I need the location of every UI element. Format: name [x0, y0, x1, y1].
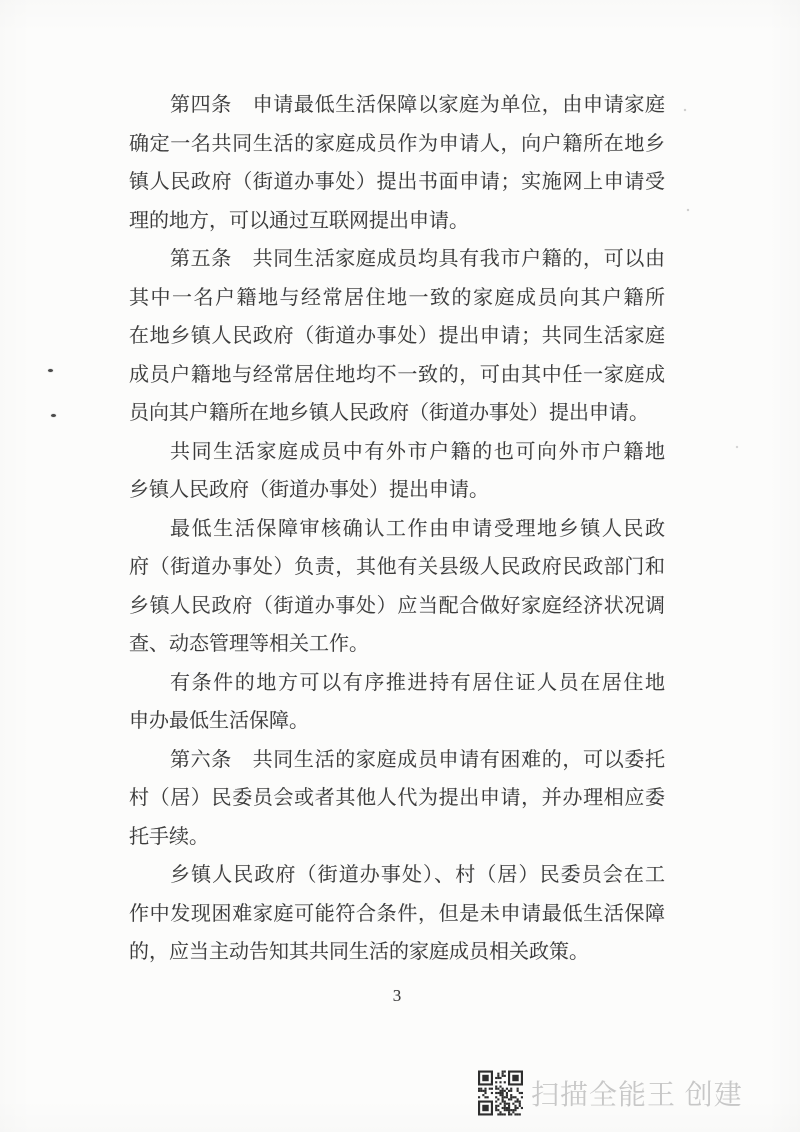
text-line: 镇人民政府（街道办事处）提出书面申请；实施网上申请受	[129, 163, 665, 202]
text-line: 理的地方，可以通过互联网提出申请。	[129, 202, 665, 241]
text-line: 府（街道办事处）负责，其他有关县级人民政府民政部门和	[129, 548, 665, 587]
paragraph: 有条件的地方可以有序推进持有居住证人员在居住地申办最低生活保障。	[129, 664, 665, 741]
text-line: 第四条 申请最低生活保障以家庭为单位，由申请家庭	[129, 86, 665, 125]
paragraph: 第六条 共同生活的家庭成员申请有困难的，可以委托村（居）民委员会或者其他人代为提…	[129, 741, 665, 857]
text-line: 有条件的地方可以有序推进持有居住证人员在居住地	[129, 664, 665, 703]
text-line: 确定一名共同生活的家庭成员作为申请人，向户籍所在地乡	[129, 125, 665, 164]
text-line: 员向其户籍所在地乡镇人民政府（街道办事处）提出申请。	[129, 394, 665, 433]
text-line: 最低生活保障审核确认工作由申请受理地乡镇人民政	[129, 510, 665, 549]
watermark-text: 扫描全能王 创建	[531, 1073, 743, 1113]
text-line: 村（居）民委员会或者其他人代为提出申请，并办理相应委	[129, 779, 665, 818]
scan-speck	[687, 209, 689, 211]
text-line: 申办最低生活保障。	[129, 702, 665, 741]
paragraph: 共同生活家庭成员中有外市户籍的也可向外市户籍地乡镇人民政府（街道办事处）提出申请…	[129, 433, 665, 510]
paragraph: 乡镇人民政府（街道办事处）、村（居）民委员会在工作中发现困难家庭可能符合条件，但…	[129, 856, 665, 972]
document-body: 第四条 申请最低生活保障以家庭为单位，由申请家庭确定一名共同生活的家庭成员作为申…	[129, 86, 665, 972]
paragraph: 第四条 申请最低生活保障以家庭为单位，由申请家庭确定一名共同生活的家庭成员作为申…	[129, 86, 665, 240]
scan-speck	[48, 369, 53, 372]
scanned-document-page: 第四条 申请最低生活保障以家庭为单位，由申请家庭确定一名共同生活的家庭成员作为申…	[0, 0, 800, 1132]
page-number: 3	[129, 986, 665, 1006]
qr-code-icon	[478, 1069, 523, 1117]
text-line: 作中发现困难家庭可能符合条件，但是未申请最低生活保障	[129, 895, 665, 934]
text-line: 的，应当主动告知其共同生活的家庭成员相关政策。	[129, 933, 665, 972]
text-line: 乡镇人民政府（街道办事处）应当配合做好家庭经济状况调	[129, 587, 665, 626]
text-line: 第五条 共同生活家庭成员均具有我市户籍的，可以由	[129, 240, 665, 279]
scan-speck	[51, 414, 56, 417]
scan-speck	[736, 446, 738, 448]
text-line: 查、动态管理等相关工作。	[129, 625, 665, 664]
paragraph: 最低生活保障审核确认工作由申请受理地乡镇人民政府（街道办事处）负责，其他有关县级…	[129, 510, 665, 664]
scan-speck	[684, 109, 686, 111]
text-line: 成员户籍地与经常居住地均不一致的，可由其中任一家庭成	[129, 356, 665, 395]
text-line: 乡镇人民政府（街道办事处）提出申请。	[129, 471, 665, 510]
text-line: 共同生活家庭成员中有外市户籍的也可向外市户籍地	[129, 433, 665, 472]
text-line: 第六条 共同生活的家庭成员申请有困难的，可以委托	[129, 741, 665, 780]
scanner-watermark: 扫描全能王 创建	[478, 1068, 743, 1118]
text-line: 在地乡镇人民政府（街道办事处）提出申请；共同生活家庭	[129, 317, 665, 356]
text-line: 其中一名户籍地与经常居住地一致的家庭成员向其户籍所	[129, 279, 665, 318]
paragraph: 第五条 共同生活家庭成员均具有我市户籍的，可以由其中一名户籍地与经常居住地一致的…	[129, 240, 665, 433]
text-line: 托手续。	[129, 818, 665, 857]
text-line: 乡镇人民政府（街道办事处）、村（居）民委员会在工	[129, 856, 665, 895]
